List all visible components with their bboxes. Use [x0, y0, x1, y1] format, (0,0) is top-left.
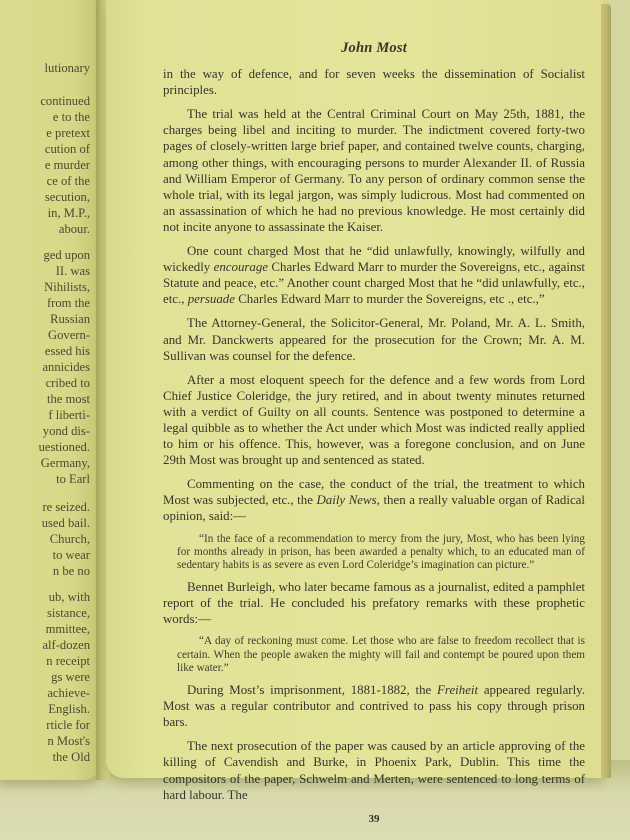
paragraph: The Attorney-General, the Solicitor-Gene…	[163, 315, 585, 363]
left-page-line: II. was	[56, 264, 90, 278]
text-run: After a most eloquent speech for the def…	[163, 373, 585, 467]
left-page-line: e pretext	[46, 126, 90, 140]
left-page-line: Govern-	[48, 328, 90, 342]
left-page-line: yond dis-	[43, 424, 90, 438]
left-page-line: the most	[47, 392, 90, 406]
left-page-line: n Most's	[47, 734, 90, 748]
page-edge-stack	[601, 4, 611, 778]
paragraph: During Most’s imprisonment, 1881-1882, t…	[163, 682, 585, 730]
text-run: Charles Edward Marr to murder the Sovere…	[235, 292, 545, 306]
left-page-line: e to the	[53, 110, 90, 124]
left-page-line: in, M.P.,	[48, 206, 90, 220]
left-page-line: cribed to	[46, 376, 90, 390]
text-run: During Most’s imprisonment, 1881-1882, t…	[187, 683, 437, 697]
left-page-line: n receipt	[46, 654, 90, 668]
text-run: The trial was held at the Central Crimin…	[163, 107, 585, 234]
italic-text: persuade	[188, 292, 235, 306]
left-page-line: uestioned.	[39, 440, 90, 454]
left-page-line: ged upon	[43, 248, 90, 262]
italic-text: Freiheit	[437, 683, 478, 697]
body-text: in the way of defence, and for seven wee…	[163, 66, 585, 803]
left-page-line: secution,	[45, 190, 90, 204]
left-page-line: Nihilists,	[44, 280, 90, 294]
block-quote: “A day of reckoning must come. Let those…	[177, 635, 585, 675]
left-page-line: lutionary	[45, 61, 90, 75]
left-page-line: sistance,	[47, 606, 90, 620]
text-run: “A day of reckoning must come. Let those…	[177, 635, 585, 673]
left-page-line: n be no	[53, 564, 90, 578]
left-page-line: English.	[48, 702, 90, 716]
text-run: The Attorney-General, the Solicitor-Gene…	[163, 316, 585, 362]
left-page-line: abour.	[59, 222, 90, 236]
running-head: John Most	[163, 40, 585, 56]
left-page-line: to Earl	[56, 472, 90, 486]
paragraph: Bennet Burleigh, who later became famous…	[163, 579, 585, 627]
left-page-line: from the	[47, 296, 90, 310]
left-page-line: ce of the	[47, 174, 90, 188]
text-run: The next prosecution of the paper was ca…	[163, 739, 585, 801]
left-page-line: Church,	[50, 532, 90, 546]
block-quote: “In the face of a recommendation to merc…	[177, 533, 585, 573]
left-page-line: alf-dozen	[42, 638, 90, 652]
page-number: 39	[163, 811, 585, 827]
paragraph: The next prosecution of the paper was ca…	[163, 738, 585, 802]
left-page-line: mmittee,	[46, 622, 90, 636]
left-page-line: e murder	[45, 158, 90, 172]
text-run: in the way of defence, and for seven wee…	[163, 67, 585, 97]
left-page-line: essed his	[45, 344, 90, 358]
paragraph: After a most eloquent speech for the def…	[163, 372, 585, 469]
left-page-line: to wear	[53, 548, 90, 562]
italic-text: Daily News,	[317, 493, 380, 507]
left-page-line: Russian	[50, 312, 90, 326]
left-page-line: gs were	[51, 670, 90, 684]
text-run: Bennet Burleigh, who later became famous…	[163, 580, 585, 626]
text-run: “In the face of a recommendation to merc…	[177, 533, 585, 571]
left-page-line: cution of	[45, 142, 90, 156]
left-page-line: annicides	[42, 360, 90, 374]
left-page: lutionarycontinuede to thee pretextcutio…	[0, 0, 104, 780]
paragraph: One count charged Most that he “did unla…	[163, 243, 585, 307]
left-page-line: rticle for	[46, 718, 90, 732]
paragraph: Commenting on the case, the conduct of t…	[163, 476, 585, 524]
left-page-line: achieve-	[47, 686, 90, 700]
italic-text: encourage	[214, 260, 268, 274]
left-page-line: re seized.	[42, 500, 90, 514]
left-page-line: the Old	[53, 750, 90, 764]
left-page-line: used bail.	[42, 516, 90, 530]
left-page-line: Germany,	[41, 456, 90, 470]
right-page-content: John Most in the way of defence, and for…	[163, 40, 585, 827]
left-page-line: f liberti-	[48, 408, 90, 422]
paragraph: in the way of defence, and for seven wee…	[163, 66, 585, 98]
paragraph: The trial was held at the Central Crimin…	[163, 106, 585, 235]
left-page-line: continued	[40, 94, 90, 108]
left-page-line: ub, with	[49, 590, 90, 604]
